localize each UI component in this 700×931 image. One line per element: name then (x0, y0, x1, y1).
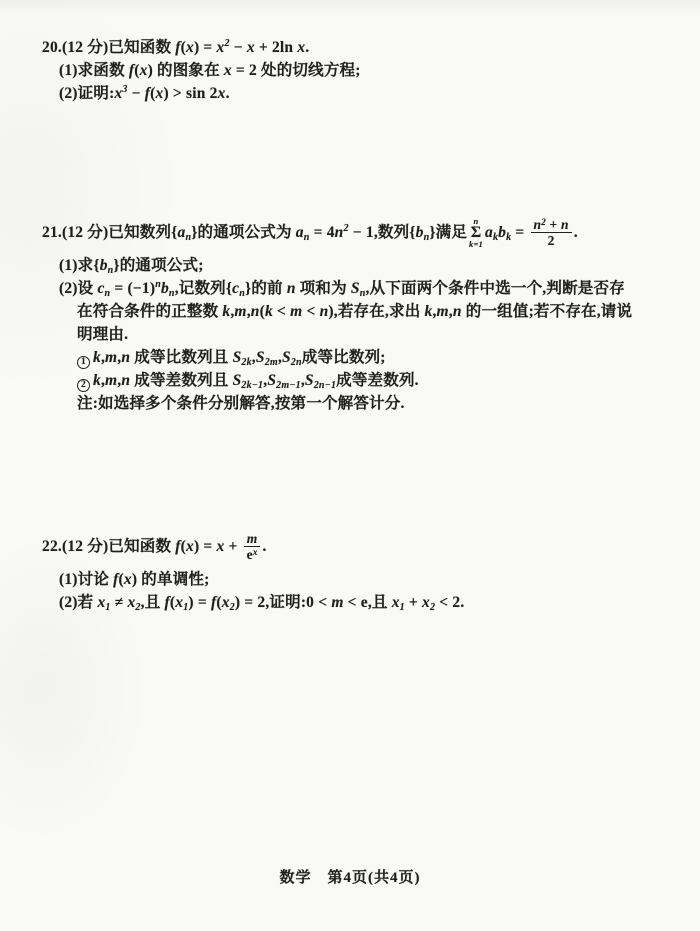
math-var: m (234, 303, 246, 320)
fraction: mex (244, 531, 261, 562)
math-var: b (161, 280, 169, 297)
q21-part-2-cont-2: 明理由. (42, 323, 674, 346)
math-var: x (186, 538, 194, 555)
math-var: f (175, 538, 180, 555)
circled-number: 2 (77, 379, 90, 392)
sigma-icon: Σ (471, 225, 482, 240)
math-subscript: n (239, 288, 245, 299)
q22-part-2: (2)若 x1 ≠ x2,且 f(x1) = f(x2) = 2,证明:0 < … (42, 591, 674, 614)
math-var: x (392, 594, 400, 611)
q22-heading: 22.(12 分)已知函数 f(x) = x + mex. (42, 528, 674, 566)
math-var: f (175, 39, 180, 56)
math-var: f (164, 594, 169, 611)
math-var: S (305, 372, 314, 389)
math-superscript: 2 (224, 38, 229, 49)
math-var: n (121, 349, 130, 366)
q20-heading: 20.(12 分)已知函数 f(x) = x2 − x + 2ln x. (42, 36, 674, 59)
math-var: x (222, 594, 230, 611)
math-var: x (186, 39, 194, 56)
math-var: n (121, 372, 130, 389)
math-var: x (218, 85, 226, 102)
math-var: a (485, 224, 493, 241)
q21-part-1: (1)求{bn}的通项公式; (42, 254, 674, 277)
math-var: x (124, 571, 132, 588)
math-superscript: 2 (343, 223, 348, 234)
circled-number: 1 (77, 356, 90, 369)
math-var: f (211, 594, 216, 611)
math-var: S (256, 349, 265, 366)
fraction-denominator: 2 (545, 233, 558, 248)
math-subscript: n (105, 288, 111, 299)
math-subscript: 2 (230, 602, 235, 613)
math-var: b (498, 224, 506, 241)
q21-note: 注:如选择多个条件分别解答,按第一个解答计分. (42, 392, 674, 415)
math-var: f (113, 571, 118, 588)
math-var: x (297, 39, 305, 56)
math-subscript: 1 (105, 602, 110, 613)
question-20: 20.(12 分)已知函数 f(x) = x2 − x + 2ln x. (1)… (42, 36, 674, 105)
math-var: n (287, 280, 296, 297)
math-var: S (351, 280, 360, 297)
math-var: c (97, 280, 104, 297)
math-subscript: 2n (291, 357, 302, 368)
math-subscript: 2 (430, 602, 435, 613)
page-footer: 数学 第4页(共4页) (0, 866, 700, 887)
summation: nΣk=1 (469, 217, 483, 248)
math-var: n (534, 217, 542, 232)
math-subscript: n (424, 232, 430, 243)
math-var: m (331, 594, 343, 611)
math-var: k (424, 303, 432, 320)
math-var: S (267, 372, 276, 389)
math-subscript: 2k−1 (241, 380, 263, 391)
question-22: 22.(12 分)已知函数 f(x) = x + mex. (1)讨论 f(x)… (42, 528, 674, 614)
math-subscript: n (360, 288, 366, 299)
math-var: x (217, 538, 225, 555)
math-subscript: n (304, 232, 310, 243)
math-subscript: 2m (265, 357, 278, 368)
math-var: a (296, 224, 304, 241)
math-var: f (129, 62, 134, 79)
q21-condition-1: 1k,m,n 成等比数列且 S2k,S2m,S2n成等比数列; (42, 346, 674, 369)
math-var: k (93, 372, 101, 389)
math-var: x (140, 62, 148, 79)
fraction-numerator: m (244, 531, 261, 547)
math-var: n (453, 303, 462, 320)
math-subscript: 1 (183, 602, 188, 613)
math-var: m (105, 349, 117, 366)
sum-lower-limit: k=1 (469, 240, 483, 248)
q21-part-2: (2)设 cn = (−1)nbn,记数列{cn}的前 n 项和为 Sn,从下面… (42, 277, 674, 300)
math-var: x (156, 85, 164, 102)
math-var: n (561, 217, 569, 232)
math-subscript: 2 (135, 602, 140, 613)
q21-heading: 21.(12 分)已知数列{an}的通项公式为 an = 4n2 − 1,数列{… (42, 214, 674, 252)
math-var: m (290, 303, 302, 320)
q20-part-1: (1)求函数 f(x) 的图象在 x = 2 处的切线方程; (42, 59, 674, 82)
math-var: x (175, 594, 183, 611)
math-var: S (282, 349, 291, 366)
q22-part-1: (1)讨论 f(x) 的单调性; (42, 568, 674, 591)
math-var: b (100, 257, 108, 274)
math-subscript: k (506, 232, 511, 243)
fraction-denominator: ex (244, 547, 261, 562)
math-superscript: 3 (122, 84, 127, 95)
math-var: k (265, 303, 273, 320)
fraction-numerator: n2 + n (531, 217, 572, 233)
math-var: m (247, 531, 258, 546)
math-var: n (251, 303, 260, 320)
math-subscript: n (169, 288, 175, 299)
math-var: k (93, 349, 101, 366)
math-var: b (416, 224, 424, 241)
math-subscript: n (108, 265, 114, 276)
math-superscript: x (253, 547, 258, 557)
math-var: m (437, 303, 449, 320)
q21-part-2-cont-1: 在符合条件的正整数 k,m,n(k < m < n),若存在,求出 k,m,n … (42, 300, 674, 323)
math-var: x (247, 39, 255, 56)
math-superscript: 2 (541, 217, 546, 227)
math-subscript: 2k (241, 357, 251, 368)
question-21: 21.(12 分)已知数列{an}的通项公式为 an = 4n2 − 1,数列{… (42, 214, 674, 415)
math-subscript: 1 (400, 602, 405, 613)
math-subscript: 2m−1 (276, 380, 301, 391)
fraction: n2 + n2 (531, 217, 572, 248)
math-subscript: 2n−1 (314, 380, 336, 391)
exam-page: 20.(12 分)已知函数 f(x) = x2 − x + 2ln x. (1)… (0, 0, 700, 931)
math-var: f (145, 85, 150, 102)
math-var: m (105, 372, 117, 389)
q21-condition-2: 2k,m,n 成等差数列且 S2k−1,S2m−1,S2n−1成等差数列. (42, 369, 674, 392)
math-var: x (422, 594, 430, 611)
q20-part-2: (2)证明:x3 − f(x) > sin 2x. (42, 82, 674, 105)
math-var: n (320, 303, 329, 320)
math-var: x (224, 62, 232, 79)
math-subscript: n (185, 232, 191, 243)
math-var: k (222, 303, 230, 320)
